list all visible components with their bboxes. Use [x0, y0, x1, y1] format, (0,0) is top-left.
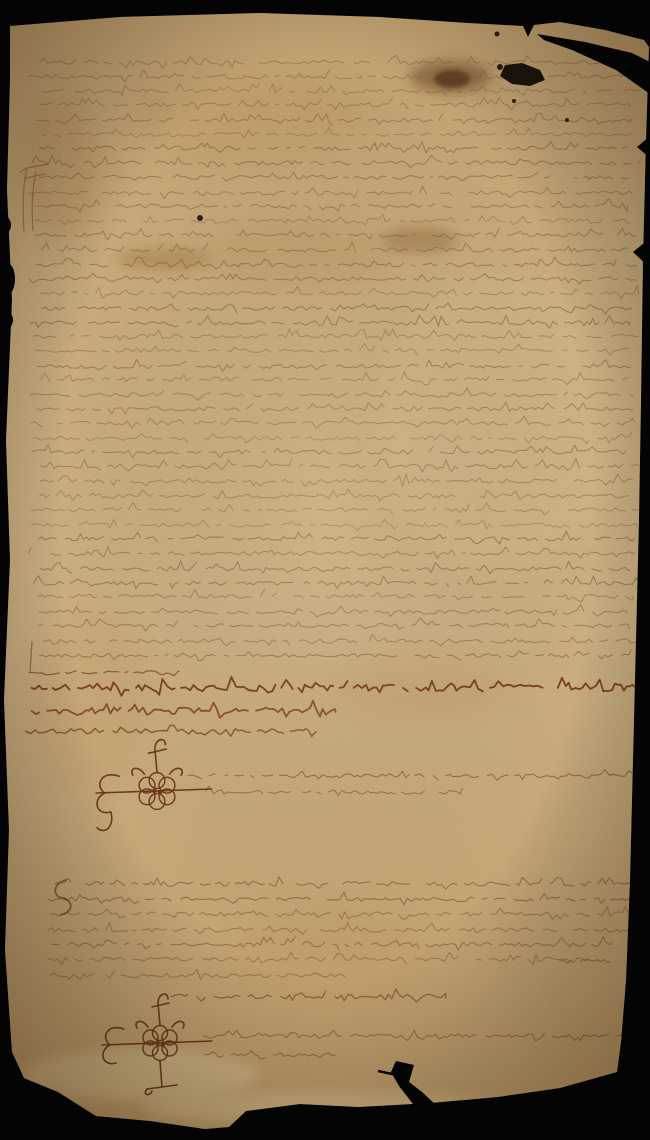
- photo-stage: Photograph of a medieval parchment chart…: [0, 0, 650, 1140]
- manuscript-photo: Photograph of a medieval parchment chart…: [0, 0, 650, 1140]
- vignette: [4, 13, 649, 1129]
- attestation-1-flourish: [632, 757, 641, 772]
